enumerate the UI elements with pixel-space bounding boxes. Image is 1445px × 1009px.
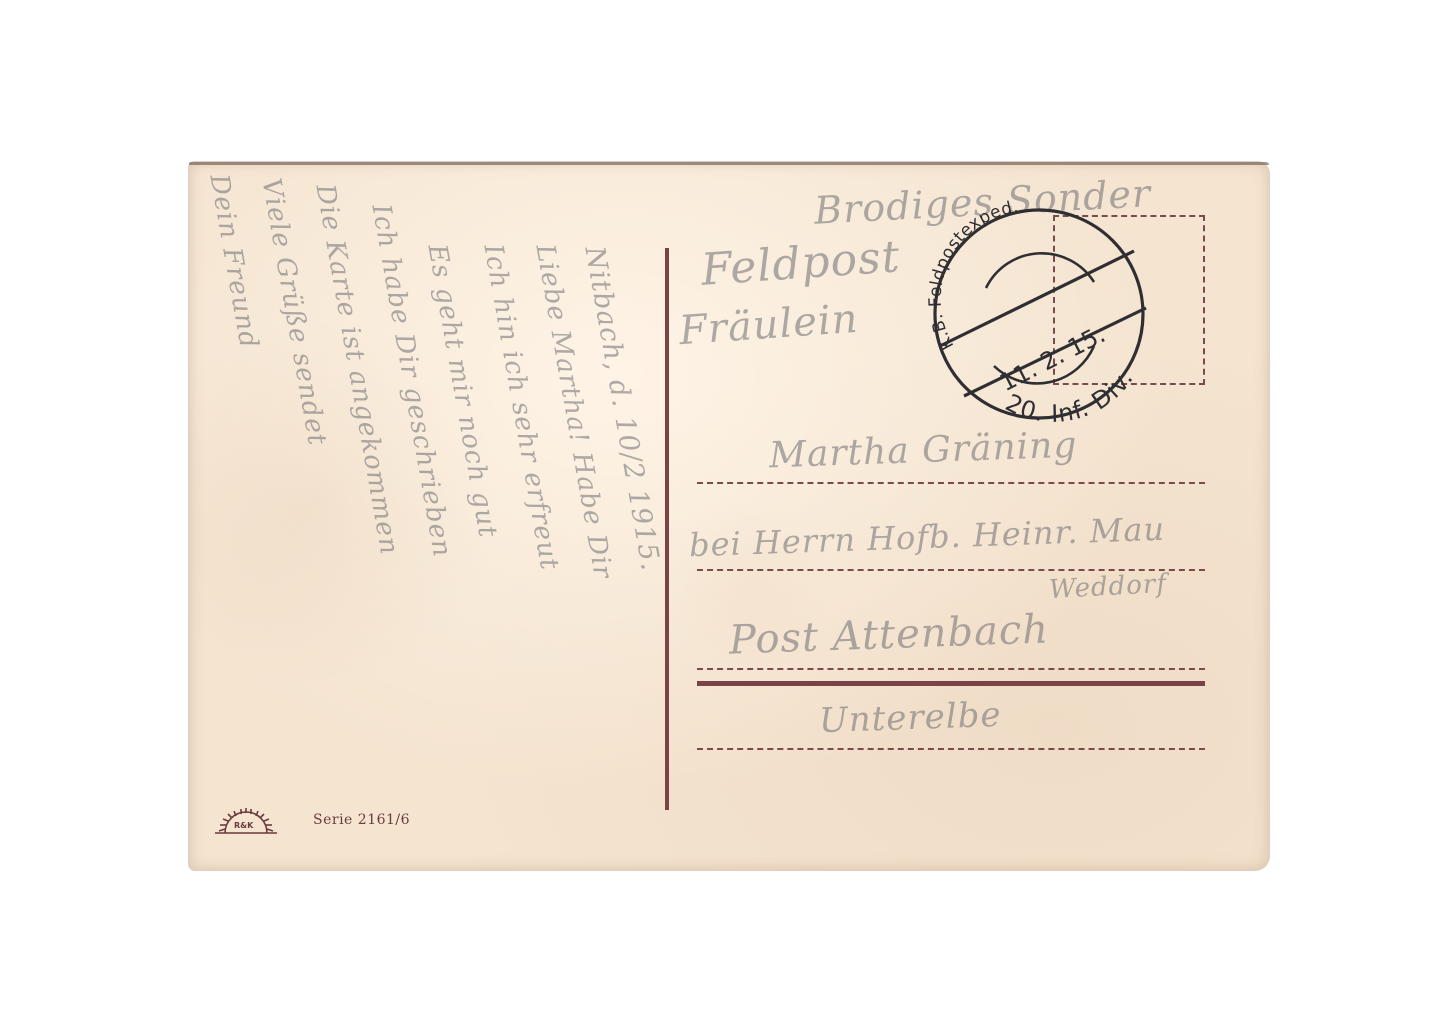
address-name: Martha Gräning: [768, 425, 1078, 477]
feldpost-handwriting: Feldpost: [699, 231, 901, 296]
postcard: Nitbach, d. 10/2 1915. Liebe Martha! Hab…: [189, 162, 1269, 870]
salutation: Fräulein: [678, 296, 860, 354]
address-line-4: [697, 748, 1205, 750]
address-line2-text: bei Herrn Hofb. Heinr. Mau: [688, 510, 1165, 565]
svg-text:R&K: R&K: [234, 821, 254, 830]
publisher-logo-icon: R&K: [213, 807, 279, 837]
address-line3-text: Weddorf: [1048, 569, 1167, 605]
postmark-date: 11. 2. 15.: [995, 320, 1110, 397]
address-solid-line: [697, 681, 1205, 686]
message-line: Dein Freund: [203, 172, 263, 351]
center-divider-line: [665, 248, 669, 810]
series-number: Serie 2161/6: [313, 812, 410, 828]
address-line-3: [697, 668, 1205, 670]
address-line-1: [697, 482, 1205, 484]
address-line4-text: Post Attenbach: [728, 606, 1049, 663]
address-line5-text: Unterelbe: [818, 695, 1002, 741]
postmark-stamp: K.B. Feldpostexped. 11. 2. 15. 20. Inf. …: [924, 196, 1154, 426]
